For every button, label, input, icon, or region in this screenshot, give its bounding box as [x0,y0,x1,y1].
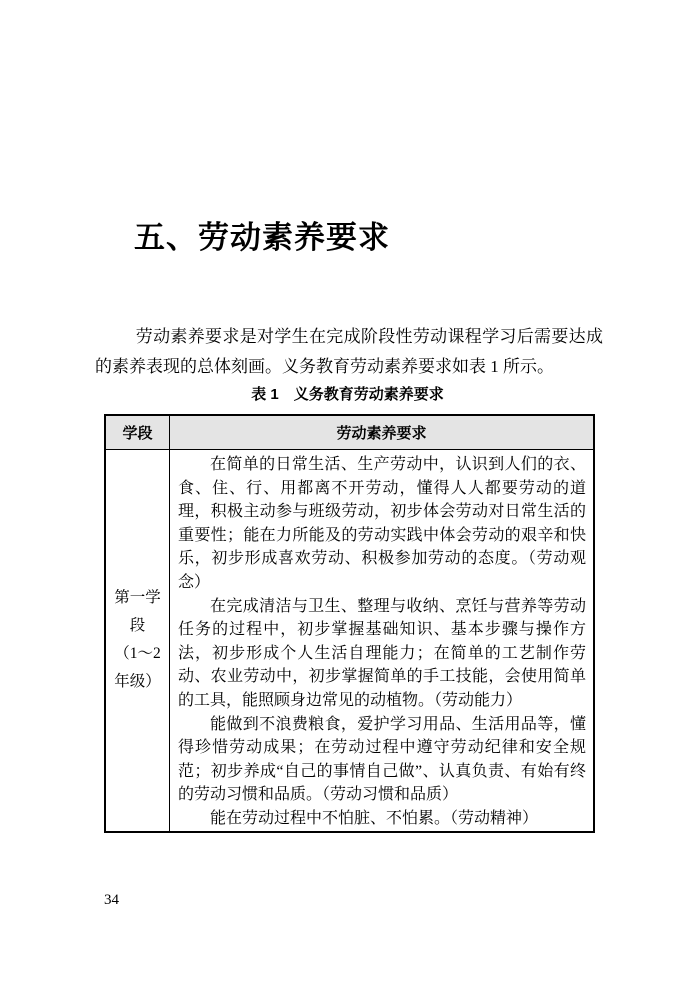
document-page: 五、劳动素养要求 劳动素养要求是对学生在完成阶段性劳动课程学习后需要达成的素养表… [0,0,695,982]
stage-line-2: （1～2 [108,640,167,668]
requirement-paragraph-habit: 能做到不浪费粮食，爱护学习用品、生活用品等，懂得珍惜劳动成果；在劳动过程中遵守劳… [178,713,586,807]
table-caption: 表 1 义务教育劳动素养要求 [0,386,695,404]
requirement-paragraph-ability: 在完成清洁与卫生、整理与收纳、烹饪与营养等劳动任务的过程中，初步掌握基础知识、基… [178,595,586,713]
requirement-paragraph-concept: 在简单的日常生活、生产劳动中，认识到人们的衣、食、住、行、用都离不开劳动，懂得人… [178,453,586,595]
column-header-stage: 学段 [105,415,170,450]
column-header-requirements: 劳动素养要求 [170,415,595,450]
table-header-row: 学段 劳动素养要求 [105,415,594,450]
section-heading: 五、劳动素养要求 [134,218,390,258]
intro-paragraph: 劳动素养要求是对学生在完成阶段性劳动课程学习后需要达成的素养表现的总体刻画。义务… [95,322,603,382]
requirements-cell: 在简单的日常生活、生产劳动中，认识到人们的衣、食、住、行、用都离不开劳动，懂得人… [170,450,595,832]
stage-line-3: 年级） [108,668,167,696]
labor-requirements-table: 学段 劳动素养要求 第一学段 （1～2 年级） 在简单的日常生活、生产劳动中，认… [104,414,595,833]
stage-line-1: 第一学段 [108,584,167,640]
requirement-paragraph-spirit: 能在劳动过程中不怕脏、不怕累。（劳动精神） [178,807,586,831]
stage-cell: 第一学段 （1～2 年级） [105,450,170,832]
page-number: 34 [104,891,119,909]
table-row: 第一学段 （1～2 年级） 在简单的日常生活、生产劳动中，认识到人们的衣、食、住… [105,450,594,832]
